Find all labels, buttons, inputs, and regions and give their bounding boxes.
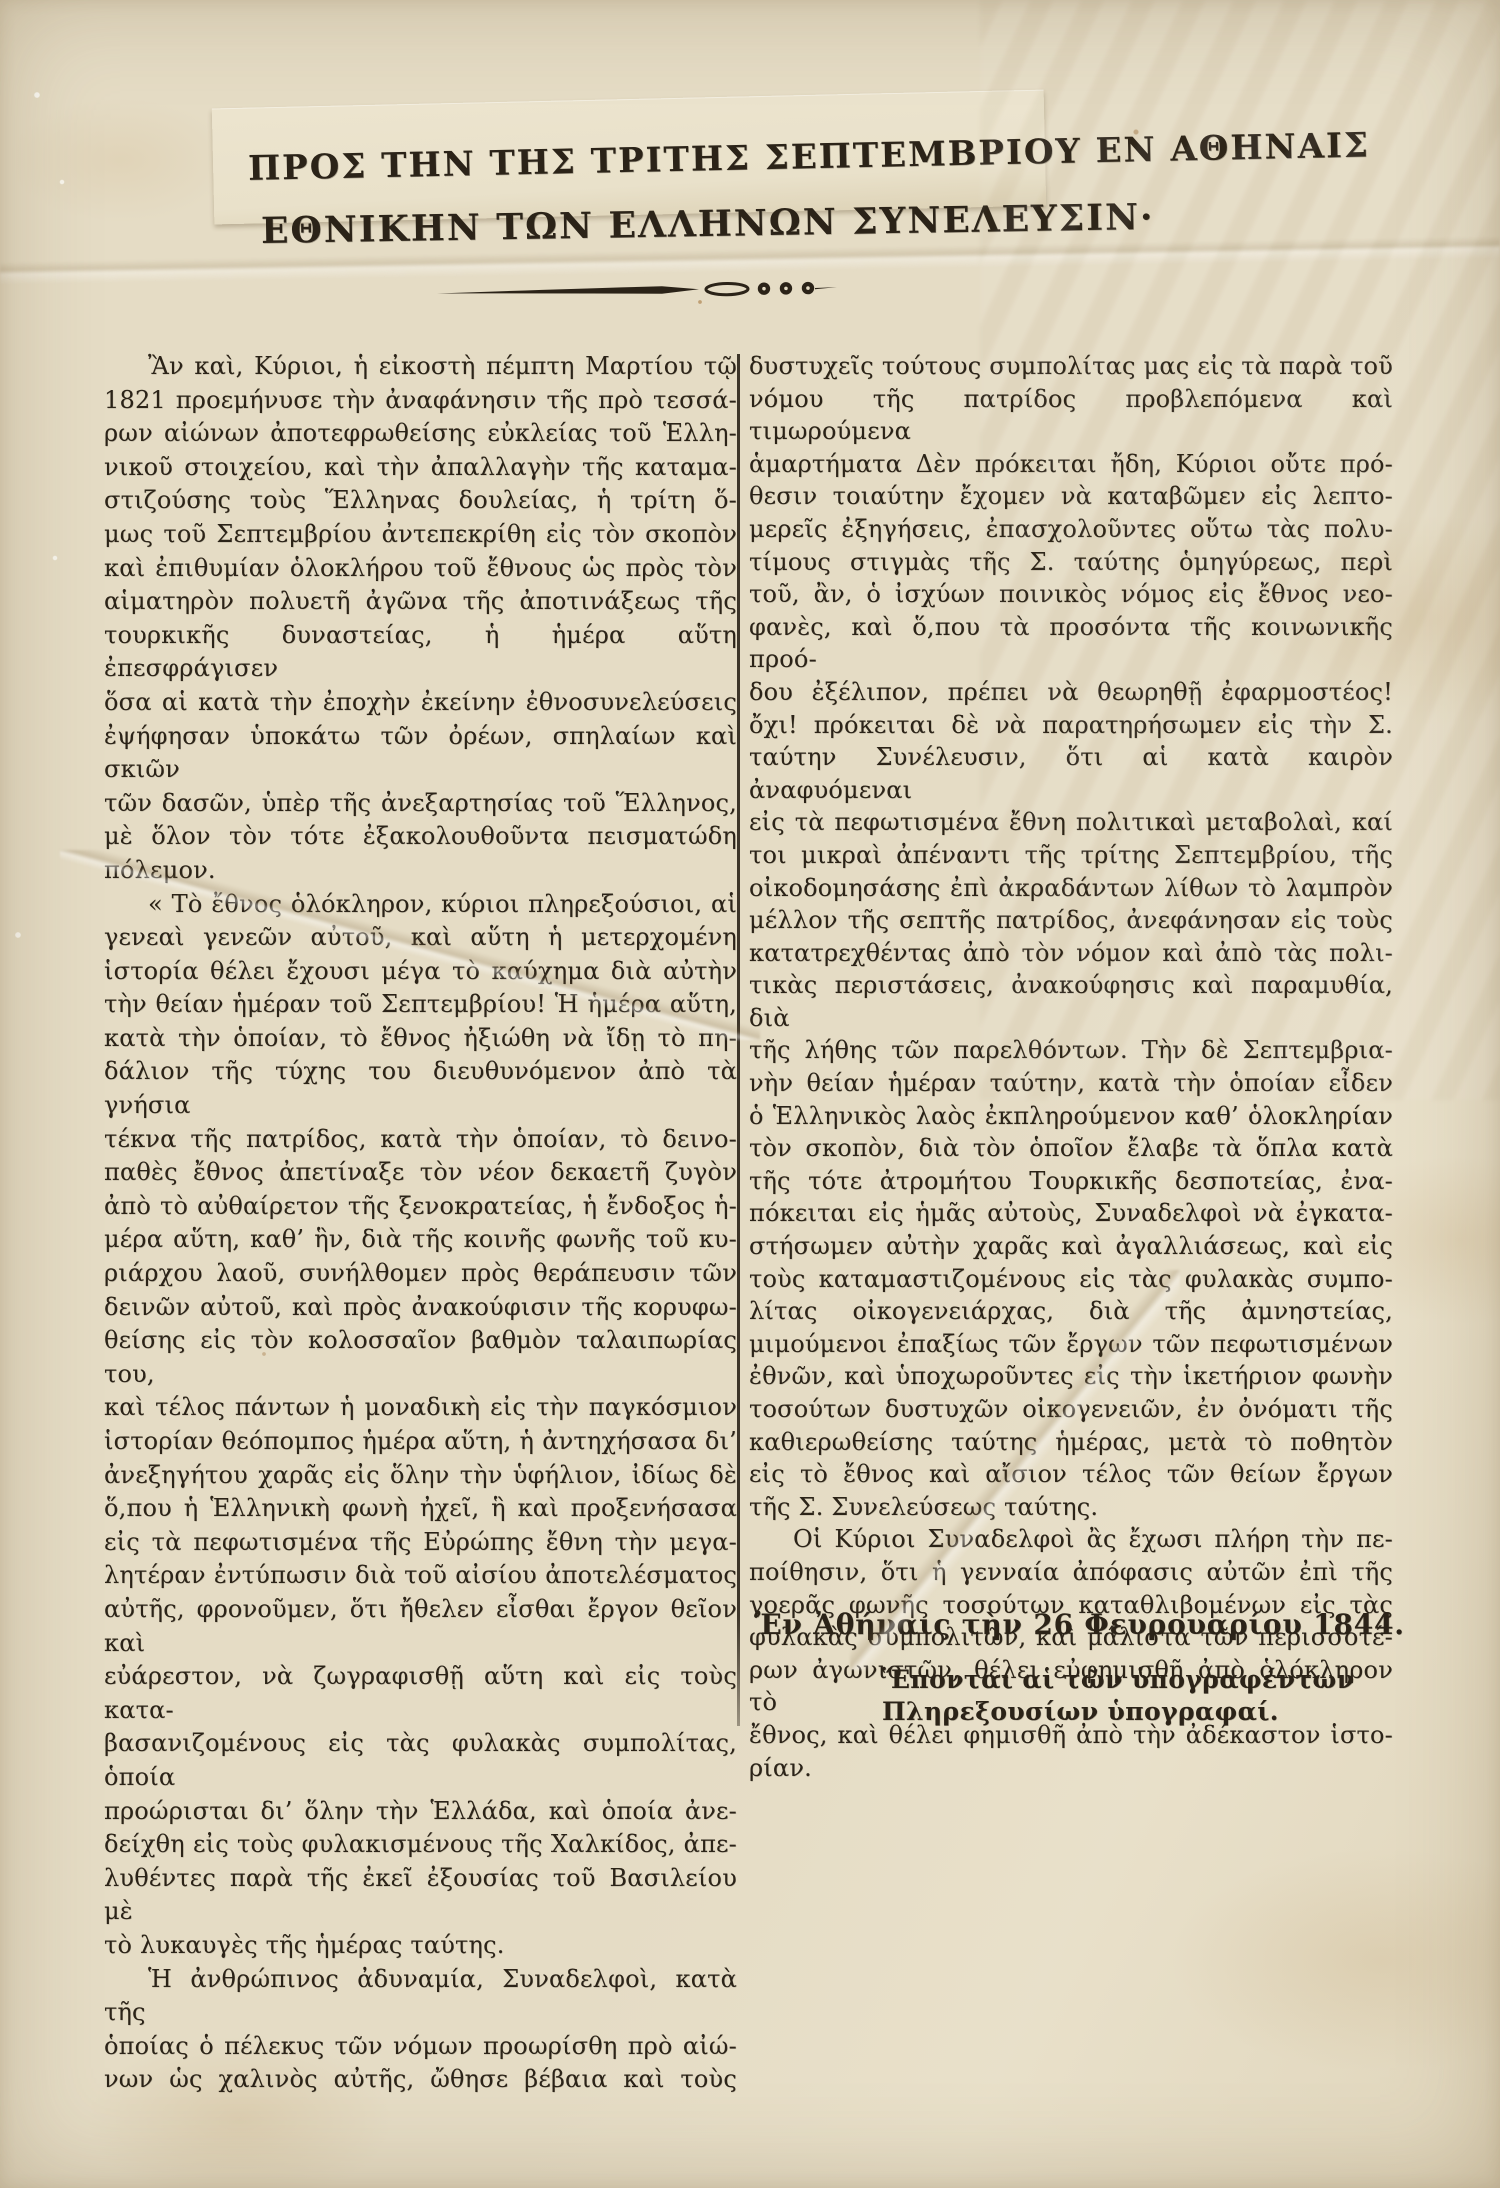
text-line: ἱστορίαν θεόπομπος ἡμέρα αὕτη, ἡ ἀντηχήσ… [104,1425,737,1459]
signature-note: Ἕπονται αἱ τῶν ὑπογραφέντων Πληρεξουσίων… [882,1664,1355,1728]
text-line: μέρα αὕτη, καθ’ ἣν, διὰ τῆς κοινῆς φωνῆς… [104,1223,737,1257]
text-line: θείσης εἰς τὸν κολοσσαῖον βαθμὸν ταλαιπω… [104,1324,737,1391]
text-line: στήσωμεν αὐτὴν χαρᾶς καὶ ἀγαλλιάσεως, κα… [749,1230,1393,1263]
text-line: δεινῶν αὐτοῦ, καὶ πρὸς ἀνακούφισιν τῆς κ… [104,1291,737,1325]
text-line: τῶν δασῶν, ὑπὲρ τῆς ἀνεξαρτησίας τοῦ Ἕλλ… [104,787,737,821]
text-line: τουρκικῆς δυναστείας, ἡ ἡμέρα αὕτη ἐπεσφ… [104,619,737,686]
text-line: πόκειται εἰς ἡμᾶς αὐτοὺς, Συναδελφοὶ νὰ … [749,1197,1393,1230]
text-line: στιζούσης τοὺς Ἕλληνας δουλείας, ἡ τρίτη… [104,484,737,518]
text-line: γενεαὶ γενεῶν αὐτοῦ, καὶ αὕτη ἡ μετερχομ… [104,921,737,955]
text-line: καθιερωθείσης ταύτης ἡμέρας, μετὰ τὸ ποθ… [749,1426,1393,1459]
text-line: ριάρχου λαοῦ, συνήλθομεν πρὸς θεράπευσιν… [104,1257,737,1291]
text-line: κατὰ τὴν ὁποίαν, τὸ ἔθνος ἠξιώθη νὰ ἴδῃ … [104,1022,737,1056]
paragraph: δυστυχεῖς τούτους συμπολίτας μας εἰς τὰ … [749,350,1393,1523]
right-column: δυστυχεῖς τούτους συμπολίτας μας εἰς τὰ … [749,350,1393,1784]
text-line: τῆς Σ. Συνελεύσεως ταύτης. [749,1491,1393,1524]
text-line: εἰς τὸ ἔθνος καὶ αἴσιον τέλος τῶν θείων … [749,1458,1393,1491]
text-line: τίμους στιγμὰς τῆς Σ. ταύτης ὁμηγύρεως, … [749,546,1393,579]
text-line: τὴν θείαν ἡμέραν τοῦ Σεπτεμβρίου! Ἡ ἡμέρ… [104,988,737,1022]
text-line: τικὰς περιστάσεις, ἀνακούφησις καὶ παραμ… [749,969,1393,1034]
text-line: καὶ ἐπιθυμίαν ὁλοκλήρου τοῦ ἔθνους ὡς πρ… [104,552,737,586]
text-line: ποίθησιν, ὅτι ἡ γενναία ἀπόφασις αὐτῶν ἐ… [749,1556,1393,1589]
text-line: τοσούτων δυστυχῶν οἰκογενειῶν, ἐν ὀνόματ… [749,1393,1393,1426]
text-line: μερεῖς ἐξηγήσεις, ἐπασχολοῦντες οὕτω τὰς… [749,513,1393,546]
text-line: 1821 προεμήνυσε τὴν ἀναφάνησιν τῆς πρὸ τ… [104,384,737,418]
text-line: ἀπὸ τὸ αὐθαίρετον τῆς ξενοκρατείας, ἡ ἔν… [104,1190,737,1224]
text-line: τέκνα τῆς πατρίδος, κατὰ τὴν ὁποίαν, τὸ … [104,1123,737,1157]
signature-line-2: Πληρεξουσίων ὑπογραφαί. [882,1696,1355,1728]
text-line: ἀνεξηγήτου χαρᾶς εἰς ὅλην τὴν ὑφήλιον, ἰ… [104,1459,737,1493]
text-line: νικοῦ στοιχείου, καὶ τὴν ἀπαλλαγὴν τῆς κ… [104,451,737,485]
text-line: αὐτῆς, φρονοῦμεν, ὅτι ἤθελεν εἶσθαι ἔργο… [104,1593,737,1660]
signature-line-1: Ἕπονται αἱ τῶν ὑπογραφέντων [882,1664,1355,1696]
text-line: δείχθη εἰς τοὺς φυλακισμένους τῆς Χαλκίδ… [104,1828,737,1862]
text-line: τὸν σκοπὸν, διὰ τὸν ὁποῖον ἔλαβε τὰ ὅπλα… [749,1132,1393,1165]
text-line: δου ἐξέλιπον, πρέπει νὰ θεωρηθῇ ἐφαρμοστ… [749,676,1393,709]
text-line: ὄχι! πρόκειται δὲ νὰ παρατηρήσωμεν εἰς τ… [749,709,1393,742]
text-line: φανὲς, καὶ ὅ,που τὰ προσόντα τῆς κοινωνι… [749,611,1393,676]
text-line: νὴν θείαν ἡμέραν ταύτην, κατὰ τὴν ὁποίαν… [749,1067,1393,1100]
text-line: ὅσα αἱ κατὰ τὴν ἐποχὴν ἐκείνην ἐθνοσυνελ… [104,686,737,720]
text-line: τῆς λήθης τῶν παρελθόντων. Τὴν δὲ Σεπτεμ… [749,1034,1393,1067]
text-line: εὐάρεστον, νὰ ζωγραφισθῇ αὕτη καὶ εἰς το… [104,1660,737,1727]
text-line: ρων αἰώνων ἀποτεφρωθείσης εὐκλείας τοῦ Ἑ… [104,417,737,451]
ornament-divider-icon [437,277,837,306]
text-line: μέλλον τῆς σεπτῆς πατρίδος, ἀνεφάνησαν ε… [749,904,1393,937]
text-line: ὁ Ἑλληνικὸς λαὸς ἐκπληρούμενον καθ’ ὁλοκ… [749,1100,1393,1133]
text-line: λητέραν ἐντύπωσιν διὰ τοῦ αἰσίου ἀποτελέ… [104,1559,737,1593]
text-line: καὶ τέλος πάντων ἡ μοναδικὴ εἰς τὴν παγκ… [104,1391,737,1425]
text-line: βασανιζομένους εἰς τὰς φυλακὰς συμπολίτα… [104,1727,737,1794]
text-line: λίτας οἰκογενειάρχας, διὰ τῆς ἀμνηστείας… [749,1295,1393,1328]
text-line: ἱστορία θέλει ἔχουσι μέγα τὸ καύχημα διὰ… [104,955,737,989]
paragraph: « Τὸ ἔθνος ὁλόκληρον, κύριοι πληρεξούσιο… [104,888,737,1963]
text-line: ρίαν. [749,1752,1393,1785]
text-line: δυστυχεῖς τούτους συμπολίτας μας εἰς τὰ … [749,350,1393,383]
left-column: Ἂν καὶ, Κύριοι, ἡ εἰκοστὴ πέμπτη Μαρτίου… [104,350,737,2097]
text-line: ὅ,που ἡ Ἑλληνικὴ φωνὴ ἠχεῖ, ἣ καὶ προξεν… [104,1492,737,1526]
text-line: ἁμαρτήματα Δὲν πρόκειται ἤδη, Κύριοι οὔτ… [749,448,1393,481]
text-line: τοὺς καταμαστιζομένους εἰς τὰς φυλακὰς σ… [749,1263,1393,1296]
text-line: τῆς τότε ἀτρομήτου Τουρκικῆς δεσποτείας,… [749,1165,1393,1198]
text-line: θεσιν τοιαύτην ἔχομεν νὰ καταβῶμεν εἰς λ… [749,480,1393,513]
text-line: Ἂν καὶ, Κύριοι, ἡ εἰκοστὴ πέμπτη Μαρτίου… [104,350,737,384]
text-line: μὲ ὅλον τὸν τότε ἐξακολουθοῦντα πεισματώ… [104,820,737,854]
paragraph: Ἂν καὶ, Κύριοι, ἡ εἰκοστὴ πέμπτη Μαρτίου… [104,350,737,888]
text-line: αἱματηρὸν πολυετῆ ἀγῶνα τῆς ἀποτινάξεως … [104,585,737,619]
text-line: νων ὡς χαλινὸς αὐτῆς, ὤθησε βέβαια καὶ τ… [104,2063,737,2097]
text-line: μως τοῦ Σεπτεμβρίου ἀντεπεκρίθη εἰς τὸν … [104,518,737,552]
text-line: εἰς τὰ πεφωτισμένα τῆς Εὐρώπης ἔθνη τὴν … [104,1526,737,1560]
text-line: δάλιον τῆς τύχης του διευθυνόμενον ἀπὸ τ… [104,1055,737,1122]
paragraph: Οἱ Κύριοι Συναδελφοὶ ἂς ἔχωσι πλήρη τὴν … [749,1523,1393,1784]
text-line: εἰς τὰ πεφωτισμένα ἔθνη πολιτικαὶ μεταβο… [749,806,1393,839]
text-line: ἐθνῶν, καὶ ὑποχωροῦντες εἰς τὴν ἱκετήριο… [749,1360,1393,1393]
text-line: νόμου τῆς πατρίδος προβλεπόμενα καὶ τιμω… [749,383,1393,448]
text-line: μιμούμενοι ἐπαξίως τῶν ἔργων τῶν πεφωτισ… [749,1328,1393,1361]
text-line: τοῦ, ἂν, ὁ ἰσχύων ποινικὸς νόμος εἰς ἔθν… [749,578,1393,611]
text-line: οἰκοδομησάσης ἐπὶ ἀκραδάντων λίθων τὸ λα… [749,872,1393,905]
text-line: « Τὸ ἔθνος ὁλόκληρον, κύριοι πληρεξούσιο… [104,888,737,922]
text-line: τὸ λυκαυγὲς τῆς ἡμέρας ταύτης. [104,1929,737,1963]
text-line: ἐψήφησαν ὑποκάτω τῶν ὀρέων, σπηλαίων καὶ… [104,720,737,787]
text-line: Ἡ ἀνθρώπινος ἀδυναμία, Συναδελφοὶ, κατὰ … [104,1963,737,2030]
text-line: προώρισται δι’ ὅλην τὴν Ἑλλάδα, καὶ ὁποί… [104,1795,737,1829]
text-line: πόλεμον. [104,854,737,888]
text-line: ὁποίας ὁ πέλεκυς τῶν νόμων προωρίσθη πρὸ… [104,2030,737,2064]
text-line: κατατρεχθέντας ἀπὸ τὸν νόμον καὶ ἀπὸ τὰς… [749,937,1393,970]
dateline: Ἐν Ἀθήναις τὴν 26 Φευρουαρίου 1844. [756,1608,1405,1641]
paragraph: Ἡ ἀνθρώπινος ἀδυναμία, Συναδελφοὶ, κατὰ … [104,1963,737,2097]
text-line: ταύτην Συνέλευσιν, ὅτι αἱ κατὰ καιρὸν ἀν… [749,741,1393,806]
title-line-2: ΕΘΝΙΚΗΝ ΤΩΝ ΕΛΛΗΝΩΝ ΣΥΝΕΛΕΥΣΙΝ· [261,200,902,252]
text-line: τοι μικραὶ ἀπέναντι τῆς τρίτης Σεπτεμβρί… [749,839,1393,872]
text-line: λυθέντες παρὰ τῆς ἐκεῖ ἐξουσίας τοῦ Βασι… [104,1862,737,1929]
text-line: Οἱ Κύριοι Συναδελφοὶ ἂς ἔχωσι πλήρη τὴν … [749,1523,1393,1556]
broadside-page: ΠΡΟΣ ΤΗΝ ΤΗΣ ΤΡΙΤΗΣ ΣΕΠΤΕΜΒΡΙΟΥ ΕΝ ΑΘΗΝΑ… [0,0,1500,2188]
column-divider-rule [737,354,740,1726]
text-line: παθὲς ἔθνος ἀπετίναξε τὸν νέον δεκαετῆ ζ… [104,1156,737,1190]
